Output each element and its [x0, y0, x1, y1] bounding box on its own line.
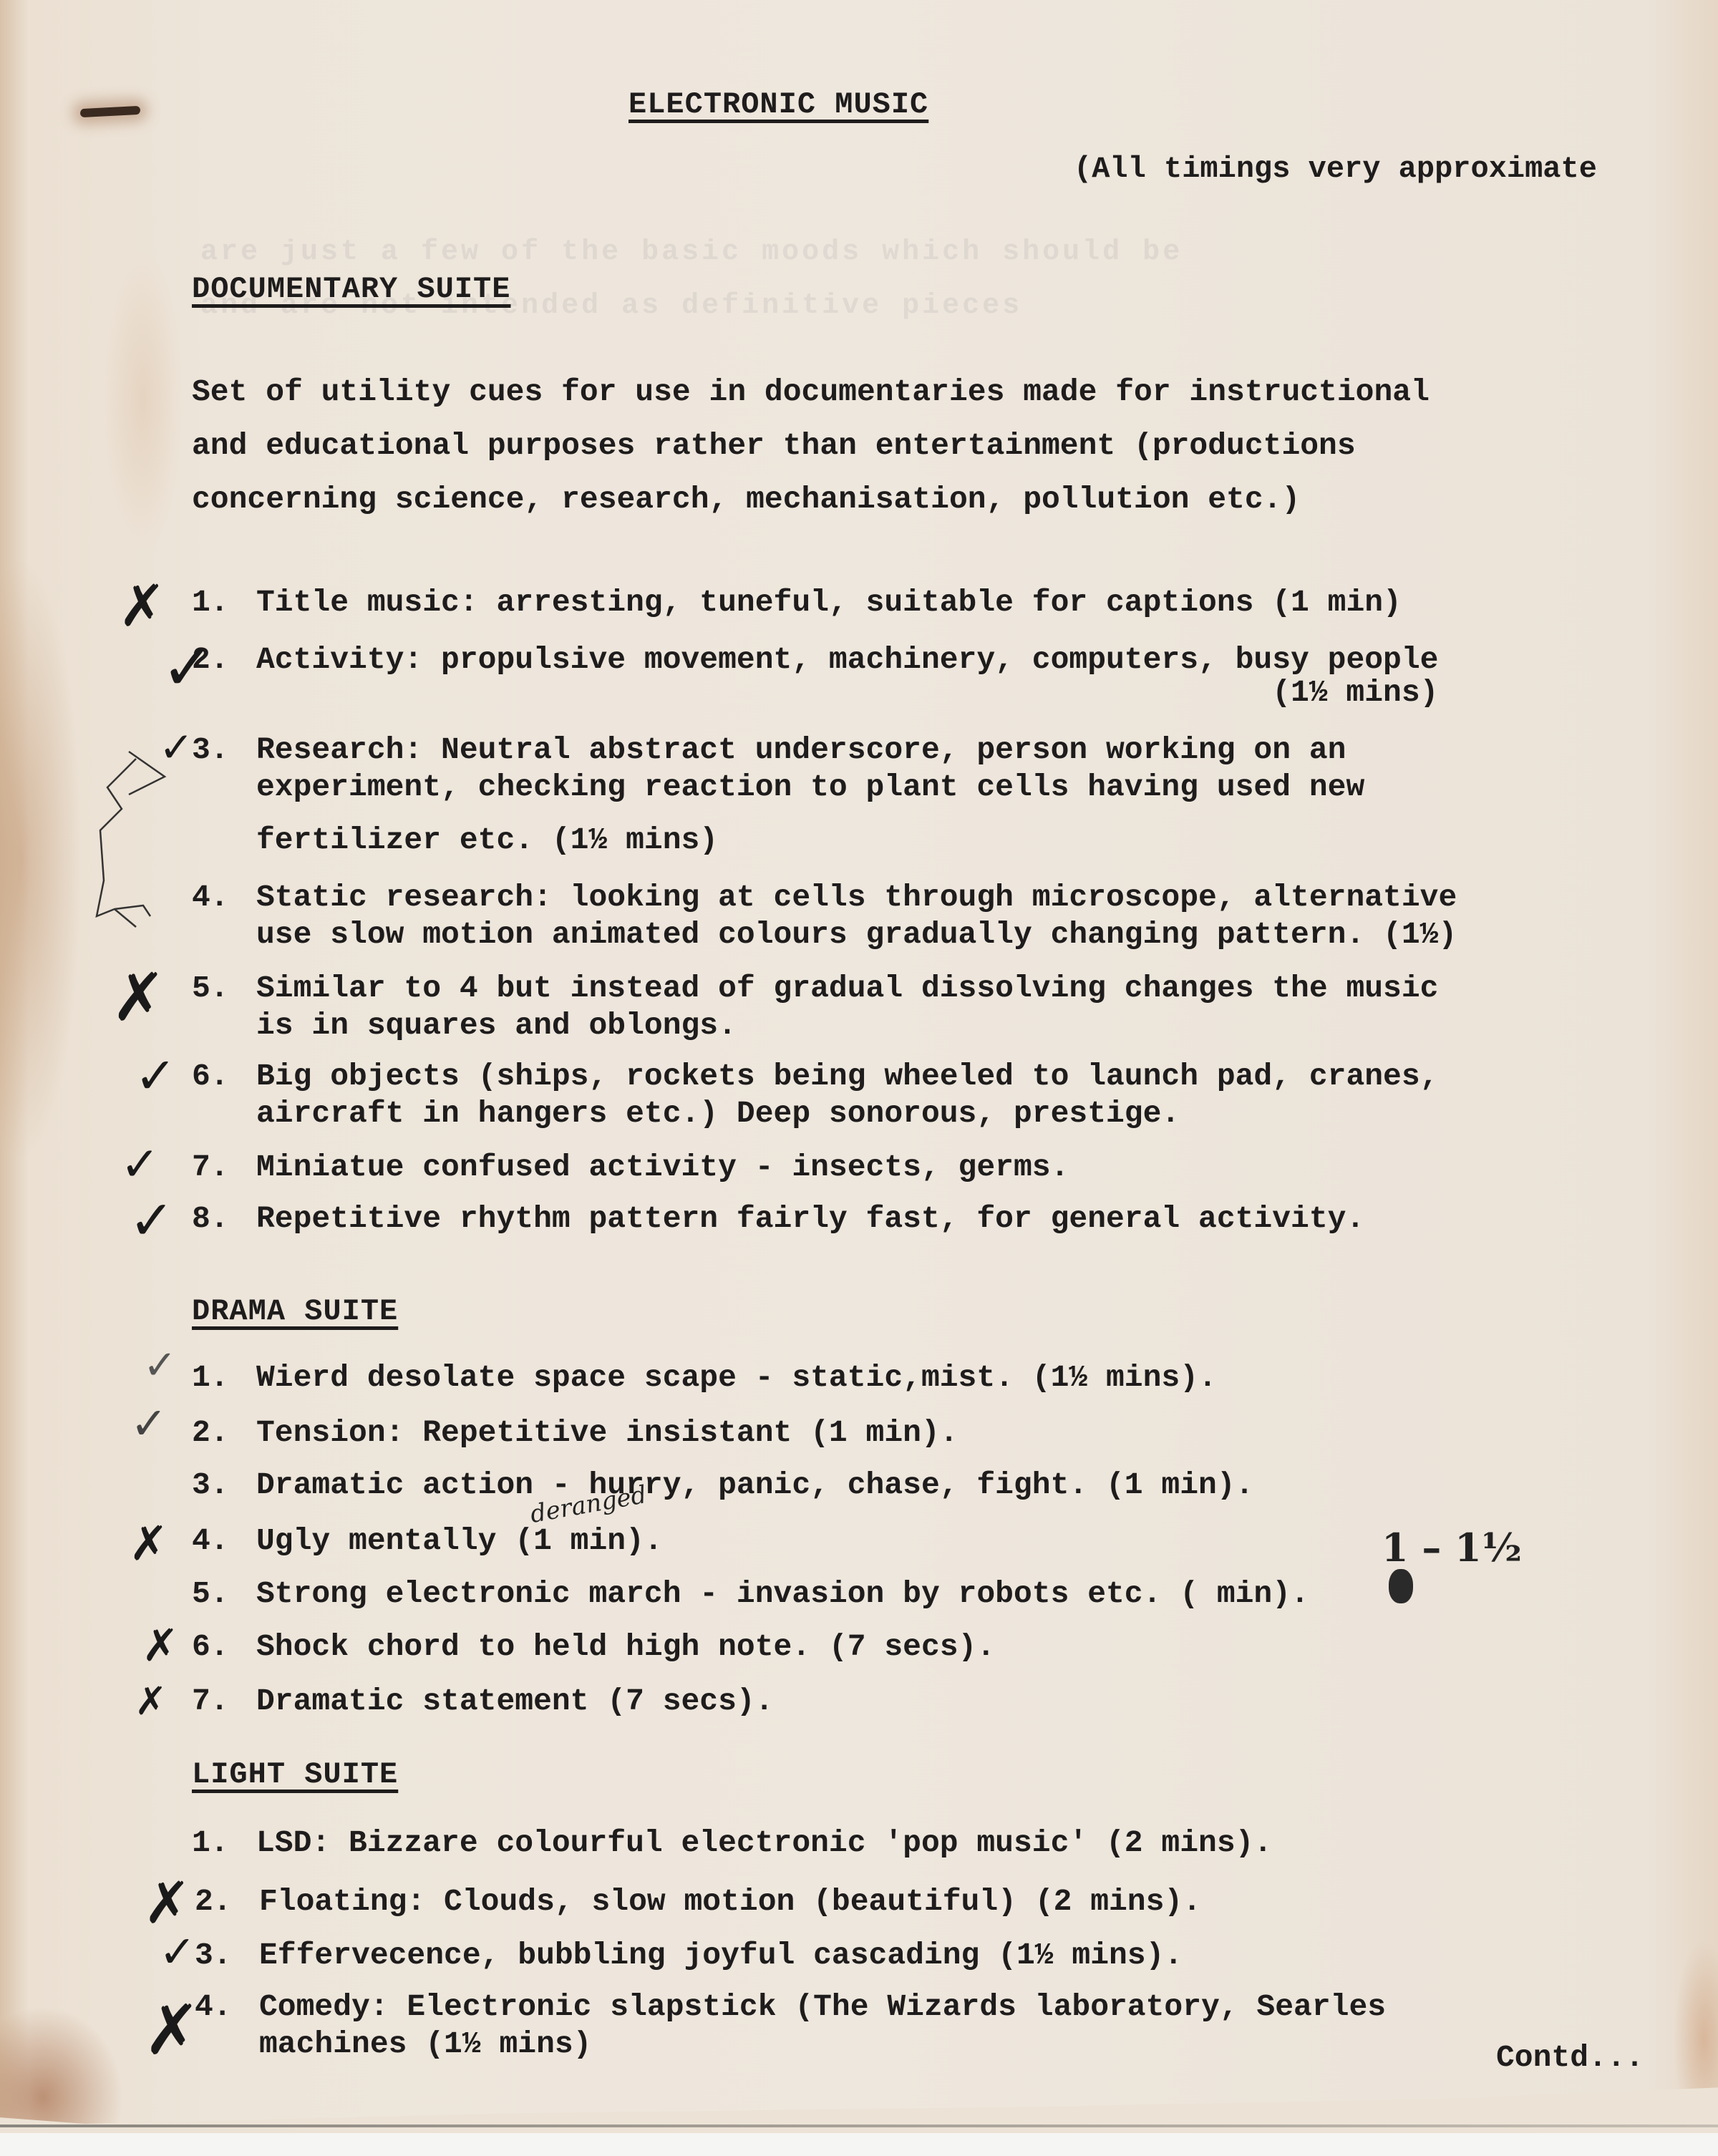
ink-blot [1389, 1569, 1413, 1603]
documentary-item-3: 3.Research: Neutral abstract underscore,… [192, 732, 1364, 859]
check-mark-icon: ✓ [120, 1137, 160, 1192]
drama-item-1: 1.Wierd desolate space scape - static,mi… [192, 1359, 1217, 1397]
handwritten-timing-note: 1 – 1½ [1382, 1525, 1522, 1570]
bracket-scribble-icon [86, 744, 179, 938]
cross-mark-icon: ✗ [142, 1619, 179, 1671]
item-text: Big objects (ships, rockets being wheele… [256, 1059, 1438, 1094]
drama-item-7: 7.Dramatic statement (7 secs). [192, 1682, 774, 1721]
item-text: fertilizer etc. (1½ mins) [192, 822, 1364, 859]
cross-mark-icon: ✗ [135, 1679, 167, 1724]
documentary-item-1: 1.Title music: arresting, tuneful, suita… [192, 583, 1402, 622]
item-number: 6. [192, 1628, 256, 1666]
page-title: ELECTRONIC MUSIC [629, 87, 928, 122]
item-number: 6. [192, 1058, 256, 1095]
item-number: 1. [192, 1824, 256, 1863]
intro-line: Set of utility cues for use in documenta… [192, 365, 1430, 419]
continued-label: Contd... [1496, 2040, 1644, 2075]
item-text: Similar to 4 but instead of gradual diss… [256, 971, 1438, 1006]
item-text: LSD: Bizzare colourful electronic 'pop m… [256, 1825, 1272, 1860]
check-mark-icon: ✓ [159, 1926, 196, 1978]
item-text: Static research: looking at cells throug… [256, 880, 1457, 915]
item-text: Tension: Repetitive insistant (1 min). [256, 1415, 959, 1450]
heading-drama-suite: DRAMA SUITE [192, 1294, 398, 1329]
item-text: Title music: arresting, tuneful, suitabl… [256, 585, 1402, 620]
item-number: 7. [192, 1682, 256, 1721]
item-number: 5. [192, 1575, 256, 1613]
bleed-through-text-1: are just a few of the basic moods which … [200, 236, 1183, 268]
item-number: 4. [195, 1989, 259, 2026]
light-item-3: 3.Effervecence, bubbling joyful cascadin… [195, 1936, 1183, 1975]
heading-light-suite: LIGHT SUITE [192, 1757, 398, 1792]
cross-check-mark-icon: ✗ [118, 573, 166, 639]
item-text: Miniatue confused activity - insects, ge… [256, 1150, 1069, 1185]
item-text: Ugly mentally (1 min). [256, 1523, 663, 1558]
item-text: is in squares and oblongs. [192, 1007, 1438, 1044]
cross-mark-icon: ✗ [111, 959, 166, 1036]
check-mark-icon: ✓ [129, 1188, 175, 1252]
drama-item-5: 5.Strong electronic march - invasion by … [192, 1575, 1309, 1613]
item-text: Dramatic action - hurry, panic, chase, f… [256, 1467, 1253, 1502]
intro-line: and educational purposes rather than ent… [192, 419, 1430, 472]
item-text: use slow motion animated colours gradual… [192, 916, 1457, 953]
item-text: Floating: Clouds, slow motion (beautiful… [259, 1884, 1201, 1919]
documentary-intro: Set of utility cues for use in documenta… [192, 365, 1430, 526]
drama-item-2: 2.Tension: Repetitive insistant (1 min). [192, 1414, 959, 1452]
item-text: experiment, checking reaction to plant c… [192, 769, 1364, 806]
item-number: 2. [195, 1883, 259, 1921]
drama-item-4: 4.Ugly mentally (1 min). [192, 1522, 663, 1560]
item-number: 1. [192, 583, 256, 622]
light-item-4: 4.Comedy: Electronic slapstick (The Wiza… [195, 1989, 1386, 2063]
documentary-item-4: 4.Static research: looking at cells thro… [192, 879, 1457, 953]
intro-line: concerning science, research, mechanisat… [192, 472, 1430, 526]
item-number: 3. [192, 732, 256, 769]
item-number: 4. [192, 1522, 256, 1560]
documentary-item-6: 6.Big objects (ships, rockets being whee… [192, 1058, 1438, 1132]
item-number: 8. [192, 1200, 256, 1238]
item-text: (1½ mins) [192, 674, 1438, 712]
item-text: Dramatic statement (7 secs). [256, 1684, 774, 1719]
check-mark-icon: ✓ [135, 1047, 177, 1105]
paper-torn-edge [0, 2125, 1718, 2127]
item-text: Wierd desolate space scape - static,mist… [256, 1360, 1217, 1395]
cross-mark-icon: ✗ [129, 1516, 168, 1571]
check-mark-icon: ✓ [143, 1342, 177, 1389]
item-number: 3. [195, 1936, 259, 1975]
documentary-item-2: 2.Activity: propulsive movement, machine… [192, 641, 1438, 712]
item-number: 4. [192, 879, 256, 916]
light-item-1: 1.LSD: Bizzare colourful electronic 'pop… [192, 1824, 1272, 1863]
item-text: Activity: propulsive movement, machinery… [256, 642, 1438, 677]
check-mark-icon: ✓ [130, 1397, 168, 1450]
documentary-item-8: 8.Repetitive rhythm pattern fairly fast,… [192, 1200, 1364, 1238]
item-text: Effervecence, bubbling joyful cascading … [259, 1938, 1183, 1973]
item-text: machines (1½ mins) [195, 2026, 1386, 2063]
scan-background [0, 2133, 1718, 2156]
drama-item-6: 6.Shock chord to held high note. (7 secs… [192, 1628, 995, 1666]
documentary-item-5: 5.Similar to 4 but instead of gradual di… [192, 970, 1438, 1044]
item-text: Research: Neutral abstract underscore, p… [256, 732, 1346, 767]
item-number: 2. [192, 1414, 256, 1452]
item-number: 1. [192, 1359, 256, 1397]
timing-note: (All timings very approximate [1074, 152, 1597, 186]
item-text: Shock chord to held high note. (7 secs). [256, 1629, 995, 1664]
item-text: Strong electronic march - invasion by ro… [256, 1576, 1309, 1611]
heading-documentary-suite: DOCUMENTARY SUITE [192, 272, 510, 306]
item-number: 5. [192, 970, 256, 1007]
documentary-item-7: 7.Miniatue confused activity - insects, … [192, 1148, 1069, 1187]
item-text: Comedy: Electronic slapstick (The Wizard… [259, 1989, 1386, 2024]
cross-mark-icon: ✗ [143, 1990, 200, 2070]
light-item-2: 2.Floating: Clouds, slow motion (beautif… [195, 1883, 1201, 1921]
item-number: 7. [192, 1148, 256, 1187]
item-text: Repetitive rhythm pattern fairly fast, f… [256, 1201, 1364, 1236]
check-mark-icon: ✓ [161, 630, 215, 705]
item-text: aircraft in hangers etc.) Deep sonorous,… [192, 1095, 1438, 1132]
drama-item-3: 3.Dramatic action - hurry, panic, chase,… [192, 1466, 1253, 1505]
item-number: 3. [192, 1466, 256, 1505]
